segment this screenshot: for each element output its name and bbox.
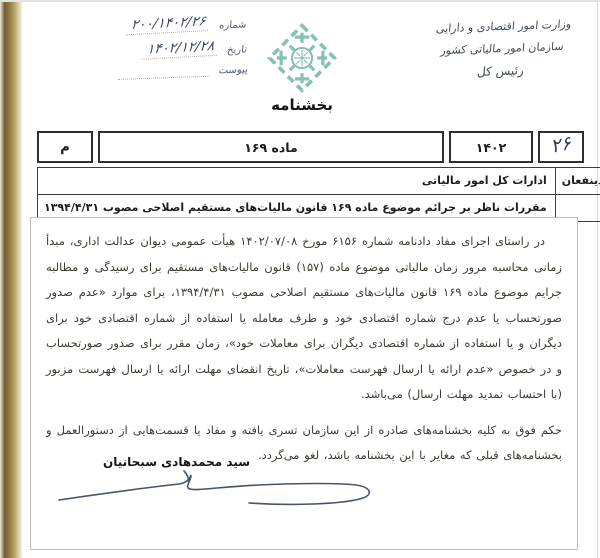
document-type-title: بخشنامه — [250, 96, 354, 114]
scanned-circular-document: شماره ۲۰۰/۱۴۰۲/۲۶ تاریخ ۱۴۰۲/۱۲/۲۸ پیوست — [0, 0, 600, 558]
body-paragraph-1: در راستای اجرای مفاد دادنامه شماره ۶۱۵۶ … — [46, 229, 562, 408]
signatory-name: سید محمدهادی سبحانیان — [103, 455, 250, 469]
stamp-date-value: ۱۴۰۲/۱۲/۲۸ — [142, 38, 219, 60]
circular-serial-box: ۲۶ — [538, 131, 584, 163]
stamp-date-row: تاریخ ۱۴۰۲/۱۲/۲۸ — [42, 37, 248, 62]
stamp-number-row: شماره ۲۰۰/۱۴۰۲/۲۶ — [41, 12, 247, 37]
scan-book-edge — [0, 2, 23, 558]
info-table: مخاطبان/ ذینفعان ادارات کل امور مالیاتی … — [37, 167, 600, 222]
reference-stamp: شماره ۲۰۰/۱۴۰۲/۲۶ تاریخ ۱۴۰۲/۱۲/۲۸ پیوست — [41, 12, 248, 89]
circular-subject-box: ماده ۱۶۹ — [98, 131, 444, 163]
letter-body-box: در راستای اجرای مفاد دادنامه شماره ۶۱۵۶ … — [30, 217, 578, 550]
stamp-number-label: شماره — [218, 19, 246, 31]
stamp-attachment-row: پیوست — [43, 62, 248, 82]
circular-category-box: م — [37, 131, 93, 163]
stamp-number-value: ۲۰۰/۱۴۰۲/۲۶ — [126, 13, 211, 35]
addressees-label: مخاطبان/ ذینفعان — [555, 168, 600, 195]
addressees-value: ادارات کل امور مالیاتی — [38, 168, 556, 195]
scan-right-edge — [597, 2, 598, 558]
tax-org-logo-icon — [261, 22, 343, 94]
stamp-date-label: تاریخ — [227, 44, 248, 56]
circular-serial-handwritten: ۲۶ — [548, 132, 573, 158]
reference-boxes-row: ۲۶ ۱۴۰۲ ماده ۱۶۹ م — [37, 131, 584, 163]
stamp-attachment-blank-line — [117, 64, 209, 80]
stamp-attachment-label: پیوست — [218, 64, 248, 76]
signature-scribble-icon — [53, 469, 393, 517]
letterhead: وزارت امور اقتصادی و دارایی سازمان امور … — [414, 13, 591, 85]
table-row: مخاطبان/ ذینفعان ادارات کل امور مالیاتی — [38, 168, 600, 195]
circular-year-box: ۱۴۰۲ — [449, 131, 533, 163]
